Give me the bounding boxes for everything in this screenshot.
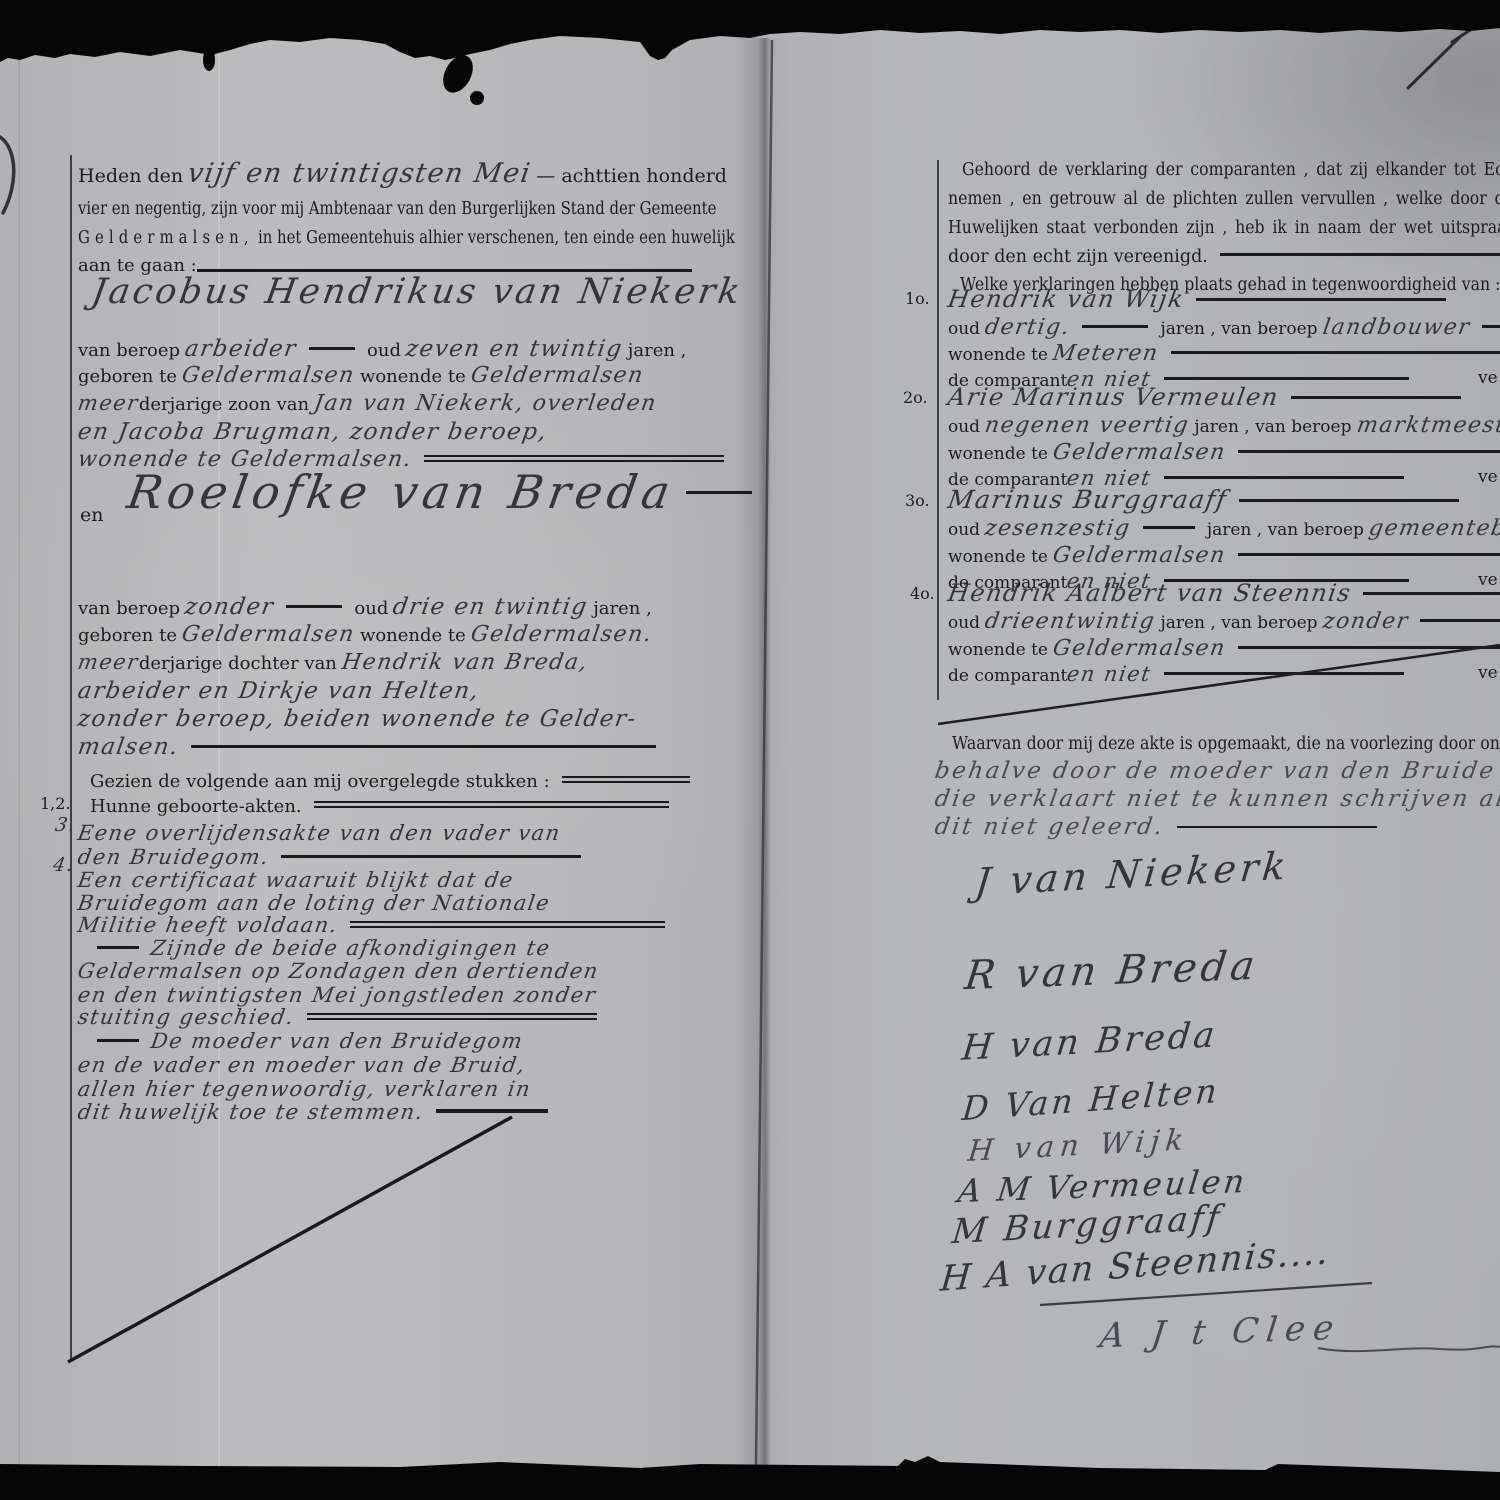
witness-1-residence-line: wonende te Meteren (948, 341, 1500, 366)
witness-3-age-line: oud zesenzestig jaren , van beroep gemee… (948, 516, 1500, 541)
banns-line-2: Geldermalsen op Zondagen den dertienden (78, 959, 599, 983)
bride-residence: Geldermalsen. (469, 622, 654, 647)
witness-3-occupation: gemeentebode (1367, 516, 1500, 541)
witness-4-occupation: zonder (1321, 609, 1411, 634)
bride-born-residence-line: geboren te Geldermalsen wonende te Gelde… (78, 622, 652, 647)
oud-label: oud (354, 598, 388, 619)
signature-witness-1: H van Wijk (967, 1122, 1190, 1168)
en-label: en (80, 504, 103, 526)
witness-1-age-line: oud dertig. jaren , van beroep landbouwe… (948, 315, 1500, 340)
intro-heden: Heden den (78, 165, 183, 187)
left-page-margin-rule (70, 155, 72, 1362)
witness-3-no: 3o. (905, 491, 930, 510)
oud-label: oud (367, 340, 401, 361)
bride-parents-line-1: meerderjarige dochter van Hendrik van Br… (78, 650, 588, 675)
margin-4-text: 4. (51, 855, 76, 877)
witness-3-number: 3o. (905, 492, 930, 510)
certificaat-text-2: Bruidegom aan de loting der Nationale (76, 891, 552, 915)
stukken-item-3-line-2: Bruidegom aan de loting der Nationale (78, 891, 550, 915)
groom-occupation: arbeider (183, 336, 299, 362)
marriage-date-handwritten: vijf en twintigsten Mei (186, 158, 534, 189)
wonende-label: wonende te (948, 640, 1048, 660)
witness-1-name-line: Hendrik van Wijk (948, 286, 1453, 314)
witness-4-age: drieentwintig (983, 609, 1157, 634)
derjarige-zoon-label: derjarige zoon van (139, 394, 309, 415)
witness-3-residence-line: wonende te Geldermalsen (948, 543, 1500, 568)
witness-2-edge-fragment: ve (1478, 468, 1498, 488)
certificaat-text-1: Een certificaat waaruit blijkt dat de (76, 868, 516, 892)
certificaat-text-3: Militie heeft voldaan. (76, 913, 340, 937)
witness-3-name: Marinus Burggraaff (946, 486, 1230, 515)
closing-hw-line-2: die verklaart niet te kunnen schrijven a… (935, 786, 1500, 812)
bride-parents-line-3: zonder beroep, beiden wonende te Gelder- (78, 706, 637, 732)
signature-bride-father-text: H van Breda (960, 1015, 1219, 1069)
stukken-item-3-line-1: Een certificaat waaruit blijkt dat de (78, 868, 514, 892)
witness-2-age: negenen veertig (983, 413, 1191, 438)
geboren-label: geboren te (78, 366, 177, 387)
groom-residence: Geldermalsen (469, 363, 646, 388)
witness-2-number: 2o. (903, 389, 928, 407)
geboren-label: geboren te (78, 625, 177, 646)
declaration-text-2: nemen , en getrouw al de plichten zullen… (948, 189, 1500, 209)
witness-2-name-line: Arie Marinus Vermeulen (948, 384, 1468, 412)
declaration-line-1: Gehoord de verklaring der comparanten , … (962, 160, 1500, 180)
margin-12-text: 1,2. (40, 794, 71, 813)
municipality-name: Geldermalsen, (78, 228, 254, 248)
bride-name: Roelofke van Breda (124, 466, 679, 519)
bride-parents-residence-1: zonder beroep, beiden wonende te Gelder- (76, 706, 639, 732)
witness-1-residence: Meteren (1051, 341, 1161, 366)
oud-label: oud (948, 613, 980, 633)
overlijdensakte-text-1: Eene overlijdensakte van den vader van (76, 821, 563, 845)
consent-line-2: en de vader en moeder van de Bruid, (78, 1053, 526, 1077)
jaren-beroep-label: jaren , van beroep (1194, 417, 1351, 437)
bride-occupation: zonder (183, 594, 276, 620)
top-right-pen-mark (1408, 15, 1497, 88)
top-border-ink-drip (437, 50, 479, 98)
banns-text-1: Zijnde de beide afkondigingen te (149, 936, 552, 960)
left-edge-crease (18, 0, 20, 1500)
signature-bride-father: H van Breda (961, 1015, 1218, 1068)
bride-name-line: Roelofke van Breda (128, 466, 759, 519)
jaren-label: jaren , (593, 598, 652, 619)
groom-occupation-age-line: van beroep arbeider oud zeven en twintig… (78, 336, 686, 362)
right-page-margin-rule (937, 160, 939, 700)
overlijdensakte-text-2: den Bruidegom. (76, 845, 271, 869)
witness-3-age: zesenzestig (983, 516, 1132, 541)
witness-4-no: 4o. (910, 584, 935, 603)
edge-ve-1: ve (1478, 368, 1498, 388)
closing-hw-text-1: behalve door de moeder van den Bruide (933, 758, 1498, 784)
intro-line-1: Heden den vijf en twintigsten Mei — acht… (78, 158, 727, 189)
jaren-beroep-label: jaren , van beroep (1160, 319, 1317, 339)
closing-hw-line-1: behalve door de moeder van den Bruide (935, 758, 1496, 784)
closing-hw-line-3: dit niet geleerd. (935, 814, 1384, 840)
en-conjunction: en (80, 505, 103, 527)
signature-officiant-text: A J t Clee (1098, 1308, 1344, 1357)
bride-occupation-age-line: van beroep zonder oud drie en twintig ja… (78, 594, 652, 620)
signature-witness-1-text: H van Wijk (966, 1122, 1191, 1168)
groom-parents-line-2: en Jacoba Brugman, zonder beroep, (78, 419, 547, 445)
groom-born-residence-line: geboren te Geldermalsen wonende te Gelde… (78, 363, 644, 388)
witness-1-name: Hendrik van Wijk (946, 286, 1187, 314)
witness-1-age: dertig. (983, 315, 1072, 340)
witness-1-number: 1o. (905, 290, 930, 308)
witness-4-name-line: Hendrik Aalbert van Steennis (948, 580, 1500, 608)
comparant-label: de comparant (948, 666, 1067, 686)
edge-ve-4: ve (1478, 663, 1498, 683)
banns-line-1: Zijnde de beide afkondigingen te (90, 936, 551, 960)
banns-text-3: en den twintigsten Mei jongstleden zonde… (76, 983, 598, 1007)
wonende-label: wonende te (948, 345, 1048, 365)
wonende-label: wonende te (360, 625, 466, 646)
beroep-label: van beroep (78, 340, 180, 361)
bride-age: drie en twintig (391, 594, 590, 620)
witness-1-edge-fragment: ve (1478, 369, 1498, 389)
witness-4-residence-line: wonende te Geldermalsen (948, 636, 1500, 661)
banns-text-4: stuiting geschied. (76, 1005, 296, 1029)
stukken-heading: Gezien de volgende aan mij overgelegde s… (90, 772, 697, 793)
consent-text-4: dit huwelijk toe te stemmen. (76, 1100, 426, 1124)
groom-father: Jan van Niekerk, overleden (312, 391, 659, 416)
signature-bride: R van Breda (964, 943, 1259, 999)
groom-name-line: Jacobus Hendrikus van Niekerk (92, 272, 742, 312)
intro-line-2: vier en negentig, zijn voor mij Ambtenaa… (78, 199, 716, 219)
witness-2-residence: Geldermalsen (1051, 440, 1228, 465)
signature-officiant: A J t Clee (1099, 1308, 1342, 1356)
jaren-label: jaren , (628, 340, 687, 361)
groom-parents-line-1: meerderjarige zoon van Jan van Niekerk, … (78, 391, 657, 416)
wonende-label: wonende te (360, 366, 466, 387)
signature-bride-mother-text: D Van Helten (961, 1071, 1222, 1128)
declaration-line-2: nemen , en getrouw al de plichten zullen… (948, 189, 1500, 209)
margin-3-text: 3. (53, 815, 78, 837)
witness-2-occupation: marktmeester . (1355, 413, 1500, 438)
witness-2-age-line: oud negenen veertig jaren , van beroep m… (948, 413, 1500, 438)
meer-handwritten: meer (76, 650, 141, 674)
closing-hw-text-2: die verklaart niet te kunnen schrijven a… (933, 786, 1500, 812)
witness-1-no: 1o. (905, 289, 930, 308)
wonende-label: wonende te (948, 547, 1048, 567)
bride-parents-residence-2: malsen. (76, 734, 181, 760)
groom-mother: en Jacoba Brugman, zonder beroep, (76, 419, 549, 445)
witness-3-name-line: Marinus Burggraaff (948, 486, 1466, 515)
bride-mother: arbeider en Dirkje van Helten, (76, 678, 482, 704)
consent-text-1: De moeder van den Bruidegom (149, 1029, 525, 1053)
geboorte-akten-text: Hunne geboorte-akten. (90, 796, 302, 817)
top-border-ink-drip-tip (470, 91, 484, 105)
consent-line-4: dit huwelijk toe te stemmen. (78, 1100, 555, 1124)
signature-bride-mother: D Van Helten (961, 1071, 1221, 1128)
witness-4-residence: Geldermalsen (1051, 636, 1228, 661)
stukken-item-2-line-2: den Bruidegom. (78, 845, 588, 869)
declaration-text-4: door den echt zijn vereenigd. (948, 247, 1208, 267)
jaren-beroep-label: jaren , van beroep (1160, 613, 1317, 633)
bride-parents-line-2: arbeider en Dirkje van Helten, (78, 678, 479, 704)
oud-label: oud (948, 417, 980, 437)
witness-4-edge-fragment: ve (1478, 664, 1498, 684)
stukken-item-1: Hunne geboorte-akten. (90, 797, 676, 818)
witness-4-relation-line: de comparanten niet (948, 662, 1411, 687)
stukken-heading-text: Gezien de volgende aan mij overgelegde s… (90, 771, 550, 792)
witness-3-residence: Geldermalsen (1051, 543, 1228, 568)
wonende-label: wonende te (948, 444, 1048, 464)
jaren-beroep-label: jaren , van beroep (1207, 520, 1364, 540)
intro-line-3: Geldermalsen, in het Gemeentehuis alhier… (78, 228, 735, 248)
witness-4-relation: en niet (1065, 662, 1153, 686)
edge-ve-2: ve (1478, 467, 1498, 487)
witness-2-no: 2o. (903, 388, 928, 407)
stukken-item-2-line-1: Eene overlijdensakte van den vader van (78, 821, 561, 845)
consent-text-3: allen hier tegenwoordig, verklaren in (76, 1077, 533, 1101)
oud-label: oud (948, 520, 980, 540)
witness-2-name: Arie Marinus Vermeulen (946, 384, 1281, 412)
closing-printed-text: Waarvan door mij deze akte is opgemaakt,… (952, 734, 1500, 754)
declaration-text-3: Huwelijken staat verbonden zijn , heb ik… (948, 218, 1500, 238)
signature-groom-text: J van Niekerk (973, 844, 1292, 905)
oud-label: oud (948, 319, 980, 339)
groom-age: zeven en twintig (404, 336, 625, 362)
witness-4-number: 4o. (910, 585, 935, 603)
meer-handwritten: meer (76, 391, 141, 415)
closing-hw-text-3: dit niet geleerd. (933, 814, 1167, 840)
declaration-line-3: Huwelijken staat verbonden zijn , heb ik… (948, 218, 1500, 238)
signature-bride-text: R van Breda (962, 943, 1261, 999)
bride-birthplace: Geldermalsen (180, 622, 357, 647)
bride-father: Hendrik van Breda, (340, 650, 590, 675)
witness-4-age-line: oud drieentwintig jaren , van beroep zon… (948, 609, 1500, 634)
intro-achttien-honderd: — achttien honderd (536, 165, 727, 187)
margin-number-3: 3. (55, 815, 76, 837)
groom-birthplace: Geldermalsen (180, 363, 357, 388)
consent-line-1: De moeder van den Bruidegom (90, 1029, 523, 1053)
intro-year-text: vier en negentig, zijn voor mij Ambtenaa… (78, 199, 716, 219)
declaration-text-1: Gehoord de verklaring der comparanten , … (962, 160, 1500, 180)
document-scan: Heden den vijf en twintigsten Mei — acht… (0, 0, 1500, 1500)
banns-line-3: en den twintigsten Mei jongstleden zonde… (78, 983, 596, 1007)
center-gutter-shadow (735, 38, 793, 1468)
bride-parents-line-4: malsen. (78, 734, 663, 760)
top-border-small-drip (203, 49, 215, 71)
witness-4-name: Hendrik Aalbert van Steennis (946, 580, 1354, 608)
margin-number-12: 1,2. (40, 795, 71, 813)
stukken-item-3-line-3: Militie heeft voldaan. (78, 913, 672, 937)
witness-2-residence-line: wonende te Geldermalsen (948, 440, 1500, 465)
officiant-trailing-flourish (1318, 1346, 1500, 1351)
consent-text-2: en de vader en moeder van de Bruid, (76, 1053, 528, 1077)
banns-text-2: Geldermalsen op Zondagen den dertienden (76, 959, 601, 983)
declaration-line-4: door den echt zijn vereenigd. (948, 247, 1500, 267)
witness-1-occupation: landbouwer (1321, 315, 1472, 340)
signature-groom: J van Niekerk (974, 844, 1290, 904)
consent-line-3: allen hier tegenwoordig, verklaren in (78, 1077, 531, 1101)
left-page-diagonal-stroke (68, 1117, 512, 1362)
top-left-pen-flourish (0, 137, 14, 213)
intro-gemeentehuis-text: in het Gemeentehuis alhier verschenen, t… (258, 228, 735, 248)
derjarige-dochter-label: derjarige dochter van (139, 653, 337, 674)
beroep-label: van beroep (78, 598, 180, 619)
groom-name: Jacobus Hendrikus van Niekerk (89, 272, 746, 312)
margin-number-4: 4. (53, 855, 74, 877)
closing-printed-line: Waarvan door mij deze akte is opgemaakt,… (952, 734, 1500, 754)
banns-line-4: stuiting geschied. (78, 1005, 604, 1029)
